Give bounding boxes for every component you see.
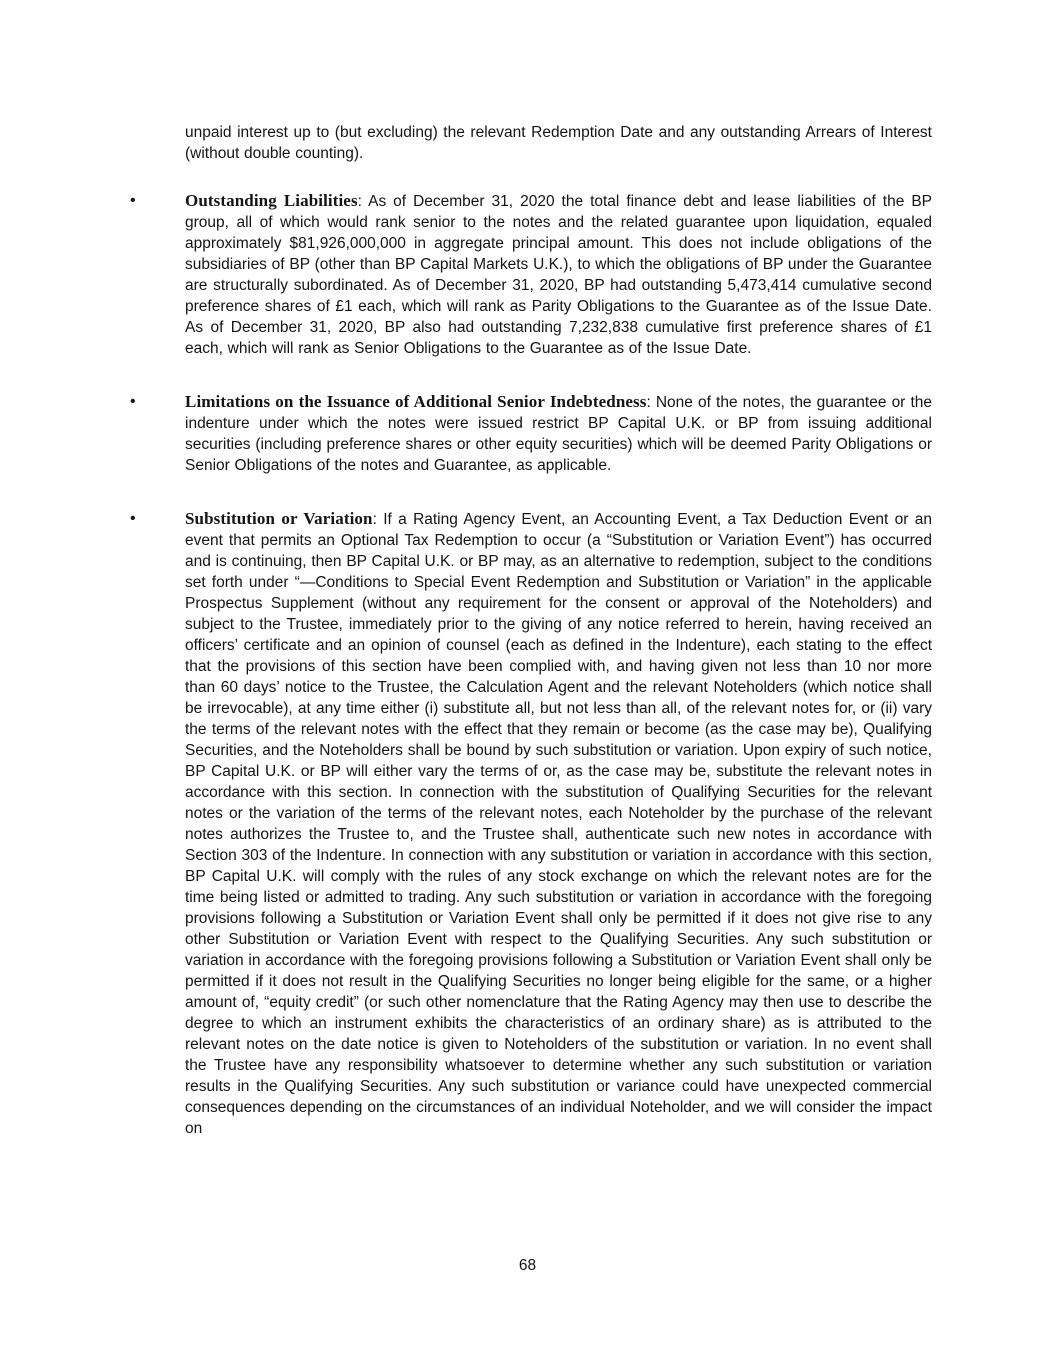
page-footer: 68	[0, 1257, 1055, 1275]
bullet-lead-limitations: Limitations on the Issuance of Additiona…	[185, 392, 646, 411]
bullet-body-outstanding-liabilities: : As of December 31, 2020 the total fina…	[185, 193, 932, 357]
bullet-paragraph: Substitution or Variation: If a Rating A…	[185, 508, 932, 1139]
bullet-icon: •	[130, 190, 136, 211]
page-content: unpaid interest up to (but excluding) th…	[185, 122, 932, 1139]
bullet-body-substitution-or-variation: : If a Rating Agency Event, an Accountin…	[185, 511, 932, 1137]
bullet-lead-substitution-or-variation: Substitution or Variation	[185, 509, 373, 528]
bullet-paragraph: Outstanding Liabilities: As of December …	[185, 190, 932, 359]
bullet-item-substitution-or-variation: • Substitution or Variation: If a Rating…	[185, 508, 932, 1139]
bullet-item-limitations: • Limitations on the Issuance of Additio…	[185, 391, 932, 476]
bullet-icon: •	[130, 391, 136, 412]
bullet-paragraph: Limitations on the Issuance of Additiona…	[185, 391, 932, 476]
bullet-lead-outstanding-liabilities: Outstanding Liabilities	[185, 191, 358, 210]
bullet-icon: •	[130, 508, 136, 529]
intro-paragraph: unpaid interest up to (but excluding) th…	[185, 122, 932, 164]
document-page: unpaid interest up to (but excluding) th…	[0, 0, 1055, 1365]
bullet-item-outstanding-liabilities: • Outstanding Liabilities: As of Decembe…	[185, 190, 932, 359]
page-number: 68	[519, 1257, 536, 1274]
